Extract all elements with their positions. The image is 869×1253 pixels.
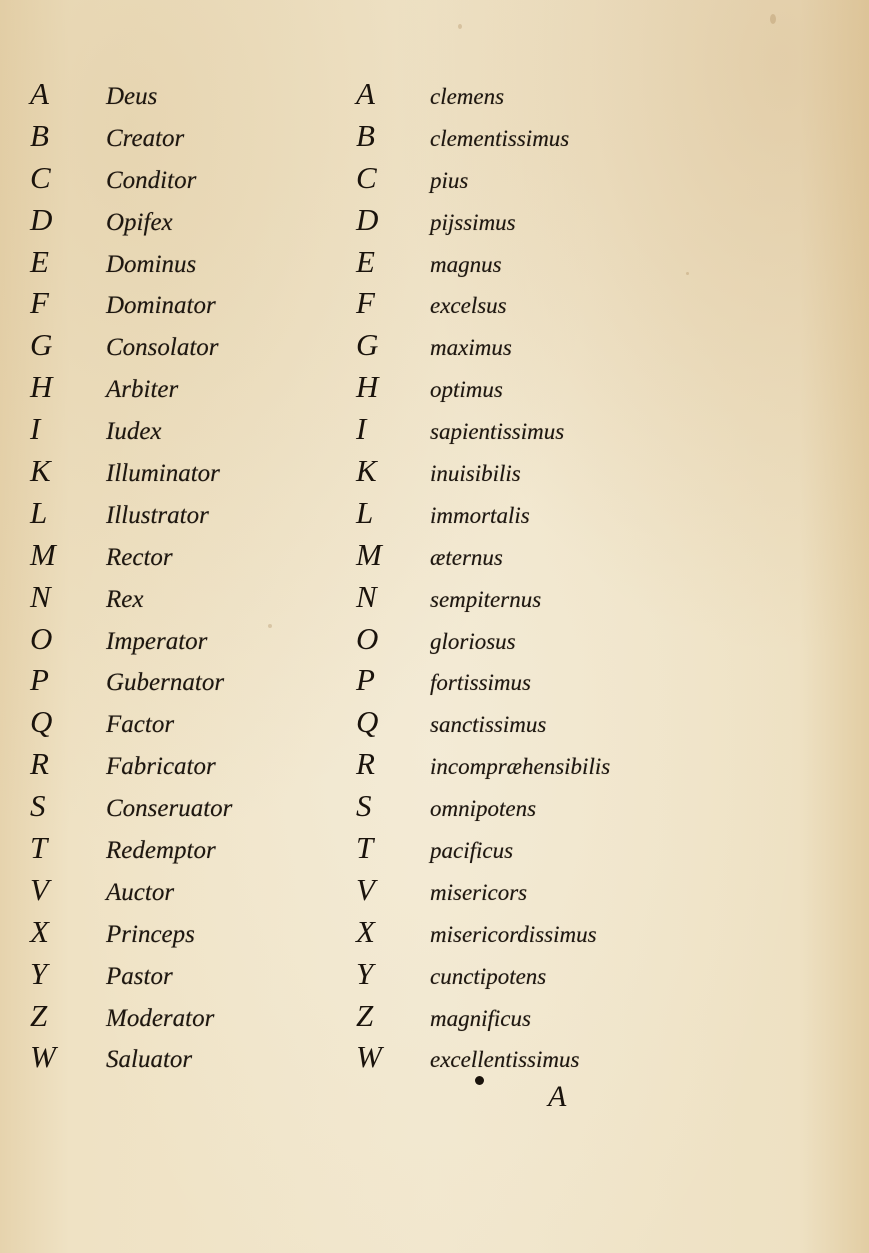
cipher-word: fortissimus [430, 671, 531, 694]
table-row: Aclemens [356, 78, 610, 120]
table-row: Hoptimus [356, 371, 610, 413]
cipher-letter: A [356, 78, 430, 109]
cipher-letter: C [356, 162, 430, 193]
cipher-word: clemens [430, 85, 504, 108]
table-row: Xmisericordissimus [356, 916, 610, 958]
cipher-letter: H [30, 371, 106, 402]
table-row: SConseruator [30, 790, 232, 832]
table-row: Vmisericors [356, 874, 610, 916]
table-row: Fexcelsus [356, 287, 610, 329]
cipher-letter: X [30, 916, 106, 947]
table-row: LIllustrator [30, 497, 232, 539]
cipher-letter: V [30, 874, 106, 905]
cipher-letter: V [356, 874, 430, 905]
table-row: Kinuisibilis [356, 455, 610, 497]
cipher-word: Conseruator [106, 796, 232, 821]
table-row: FDominator [30, 287, 232, 329]
table-row: Tpacificus [356, 832, 610, 874]
table-row: QFactor [30, 706, 232, 748]
cipher-letter: S [30, 790, 106, 821]
cipher-word: inuisibilis [430, 462, 521, 485]
cipher-word: excelsus [430, 294, 507, 317]
cipher-letter: L [30, 497, 106, 528]
cipher-word: pacificus [430, 839, 513, 862]
table-row: RFabricator [30, 748, 232, 790]
cipher-word: Rector [106, 545, 173, 570]
cipher-letter: T [30, 832, 106, 863]
cipher-word: sapientissimus [430, 420, 564, 443]
cipher-word: maximus [430, 336, 512, 359]
cipher-word: Saluator [106, 1047, 192, 1072]
cipher-word: magnus [430, 253, 502, 276]
cipher-word: sanctissimus [430, 713, 546, 736]
cipher-word: Illustrator [106, 503, 209, 528]
table-row: YPastor [30, 958, 232, 1000]
cipher-word: optimus [430, 378, 503, 401]
cipher-word: sempiternus [430, 588, 541, 611]
cipher-word: Factor [106, 712, 174, 737]
cipher-word: Conditor [106, 168, 196, 193]
cipher-word: pijssimus [430, 211, 516, 234]
cipher-letter: W [30, 1041, 106, 1072]
cipher-letter: G [356, 329, 430, 360]
cipher-letter: Y [30, 958, 106, 989]
paper-spot [268, 624, 272, 628]
table-row: Somnipotens [356, 790, 610, 832]
cipher-letter: W [356, 1041, 430, 1072]
right-column: Aclemens Bclementissimus Cpius Dpijssimu… [356, 78, 610, 1083]
cipher-word: Pastor [106, 964, 173, 989]
table-row: OImperator [30, 623, 232, 665]
cipher-letter: D [356, 204, 430, 235]
table-row: Mæternus [356, 539, 610, 581]
cipher-word: Arbiter [106, 377, 178, 402]
cipher-word: Auctor [106, 880, 174, 905]
table-row: Limmortalis [356, 497, 610, 539]
cipher-word: Gubernator [106, 670, 224, 695]
cipher-letter: G [30, 329, 106, 360]
cipher-word: incompræhensibilis [430, 755, 610, 778]
cipher-word: Princeps [106, 922, 195, 947]
cipher-letter: C [30, 162, 106, 193]
cipher-letter: Q [356, 706, 430, 737]
cipher-letter: M [30, 539, 106, 570]
cipher-word: immortalis [430, 504, 530, 527]
cipher-letter: P [30, 664, 106, 695]
cipher-word: Dominator [106, 293, 216, 318]
table-row: VAuctor [30, 874, 232, 916]
table-row: WSaluator [30, 1041, 232, 1083]
cipher-letter: L [356, 497, 430, 528]
cipher-word: Creator [106, 126, 184, 151]
cipher-word: excellentissimus [430, 1048, 579, 1071]
table-row: NRex [30, 581, 232, 623]
cipher-letter: N [356, 581, 430, 612]
cipher-letter: T [356, 832, 430, 863]
cipher-letter: X [356, 916, 430, 947]
cipher-letter: E [30, 246, 106, 277]
cipher-letter: Z [356, 1000, 430, 1031]
catchword: A [548, 1080, 566, 1114]
cipher-letter: K [356, 455, 430, 486]
cipher-letter: B [30, 120, 106, 151]
table-row: Nsempiternus [356, 581, 610, 623]
cipher-word: pius [430, 169, 468, 192]
table-row: Bclementissimus [356, 120, 610, 162]
cipher-word: misericordissimus [430, 923, 597, 946]
table-row: KIlluminator [30, 455, 232, 497]
cipher-letter: K [30, 455, 106, 486]
table-row: Zmagnificus [356, 1000, 610, 1042]
table-row: DOpifex [30, 204, 232, 246]
cipher-word: Illuminator [106, 461, 220, 486]
cipher-word: cunctipotens [430, 965, 546, 988]
table-row: Gmaximus [356, 329, 610, 371]
table-row: BCreator [30, 120, 232, 162]
cipher-word: Opifex [106, 210, 173, 235]
cipher-letter: Z [30, 1000, 106, 1031]
cipher-letter: F [30, 287, 106, 318]
cipher-word: misericors [430, 881, 527, 904]
table-row: Pfortissimus [356, 664, 610, 706]
cipher-letter: S [356, 790, 430, 821]
cipher-word: Dominus [106, 252, 196, 277]
paper-spot [686, 272, 689, 275]
table-row: PGubernator [30, 664, 232, 706]
cipher-letter: F [356, 287, 430, 318]
cipher-letter: M [356, 539, 430, 570]
cipher-letter: Q [30, 706, 106, 737]
table-row: Ycunctipotens [356, 958, 610, 1000]
table-row: HArbiter [30, 371, 232, 413]
cipher-word: Rex [106, 587, 143, 612]
paper-spot [770, 14, 776, 24]
book-page: ADeus BCreator CConditor DOpifex EDominu… [0, 0, 869, 1253]
table-row: TRedemptor [30, 832, 232, 874]
cipher-letter: I [356, 413, 430, 444]
cipher-letter: Y [356, 958, 430, 989]
cipher-word: æternus [430, 546, 503, 569]
cipher-letter: R [356, 748, 430, 779]
table-row: Ogloriosus [356, 623, 610, 665]
cipher-word: omnipotens [430, 797, 536, 820]
table-row: Cpius [356, 162, 610, 204]
table-row: Dpijssimus [356, 204, 610, 246]
cipher-letter: P [356, 664, 430, 695]
table-row: EDominus [30, 246, 232, 288]
table-row: XPrinceps [30, 916, 232, 958]
table-row: Emagnus [356, 246, 610, 288]
cipher-word: Redemptor [106, 838, 216, 863]
table-row: GConsolator [30, 329, 232, 371]
table-row: IIudex [30, 413, 232, 455]
table-row: MRector [30, 539, 232, 581]
cipher-word: Moderator [106, 1006, 214, 1031]
cipher-word: magnificus [430, 1007, 531, 1030]
cipher-letter: B [356, 120, 430, 151]
cipher-word: Iudex [106, 419, 162, 444]
table-row: Isapientissimus [356, 413, 610, 455]
cipher-word: Fabricator [106, 754, 216, 779]
cipher-letter: R [30, 748, 106, 779]
cipher-word: Consolator [106, 335, 219, 360]
cipher-letter: I [30, 413, 106, 444]
table-row: Rincompræhensibilis [356, 748, 610, 790]
table-row: ADeus [30, 78, 232, 120]
cipher-letter: H [356, 371, 430, 402]
left-column: ADeus BCreator CConditor DOpifex EDominu… [30, 78, 232, 1083]
cipher-word: gloriosus [430, 630, 516, 653]
table-row: CConditor [30, 162, 232, 204]
cipher-letter: A [30, 78, 106, 109]
signature-mark-dot [475, 1076, 484, 1085]
cipher-letter: N [30, 581, 106, 612]
paper-spot [458, 24, 462, 29]
table-row: Qsanctissimus [356, 706, 610, 748]
cipher-letter: D [30, 204, 106, 235]
cipher-letter: O [30, 623, 106, 654]
table-row: ZModerator [30, 1000, 232, 1042]
cipher-word: Imperator [106, 629, 207, 654]
cipher-letter: O [356, 623, 430, 654]
cipher-word: clementissimus [430, 127, 569, 150]
cipher-word: Deus [106, 84, 157, 109]
cipher-letter: E [356, 246, 430, 277]
